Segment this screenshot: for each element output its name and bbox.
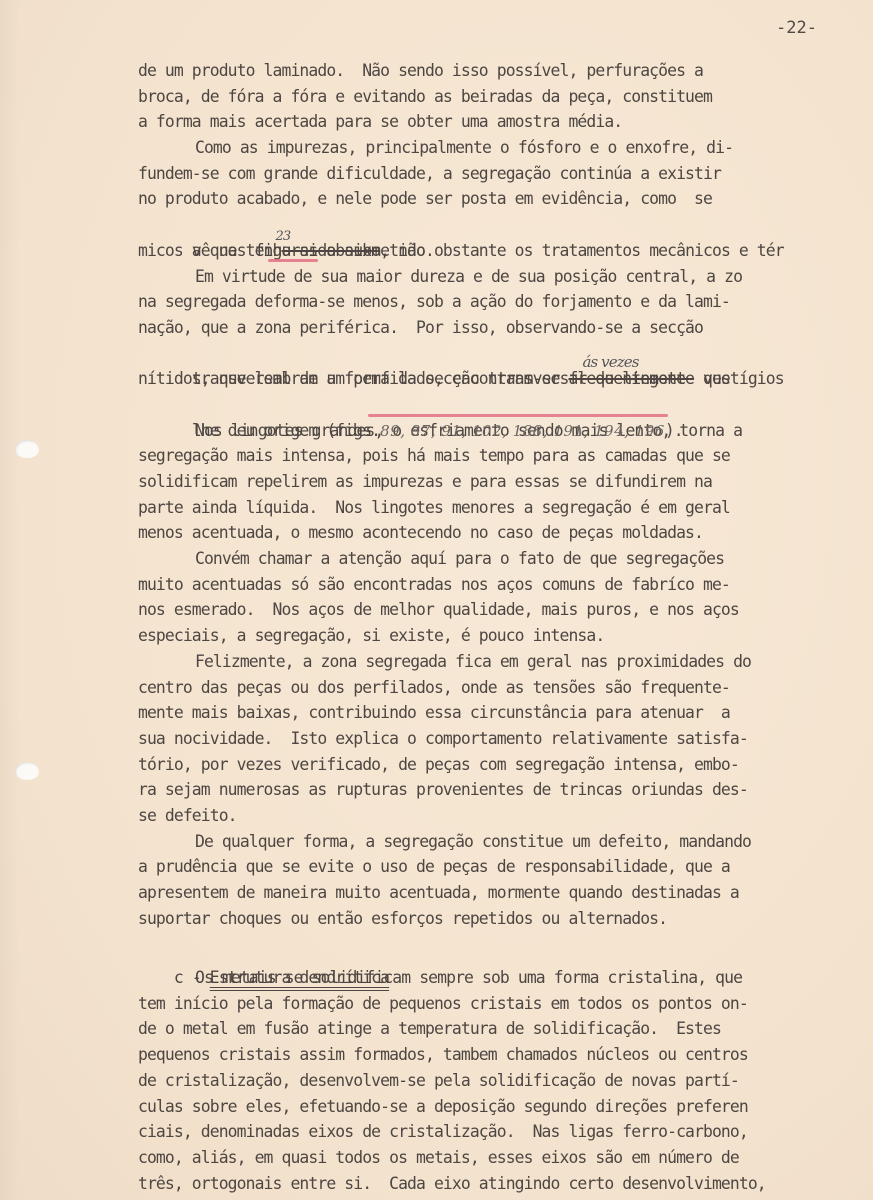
text-line: parte ainda líquida. Nos lingotes menore… xyxy=(138,495,838,521)
text-line: no produto acabado, e nele pode ser post… xyxy=(138,186,838,212)
text-line: a prudência que se evite o uso de peças … xyxy=(138,854,838,880)
text-line: de um produto laminado. Não sendo isso p… xyxy=(138,58,838,84)
text-line: de cristalização, desenvolvem-se pela so… xyxy=(138,1068,838,1094)
text-line: nação, que a zona periférica. Por isso, … xyxy=(138,315,838,341)
text-line: ciais, denominadas eixos de cristalizaçã… xyxy=(138,1119,838,1145)
text-line: de o metal em fusão atinge a temperatura… xyxy=(138,1016,838,1042)
text-line-with-annotation: lhe deu origem (figs.89, 87, 91, 102, 18… xyxy=(138,392,838,418)
text-segment: , não obstante os tratamentos mecânicos … xyxy=(380,241,784,260)
binder-hole-top xyxy=(15,440,39,458)
text-line: pequenos cristais assim formados, tambem… xyxy=(138,1042,838,1068)
text-line: Felizmente, a zona segregada fica em ger… xyxy=(138,649,838,675)
text-line: na segregada deforma-se menos, sob a açã… xyxy=(138,289,838,315)
handwritten-figure-list: 89, 87, 91, 102, 188, 191, 194, 196 xyxy=(380,422,665,440)
text-line: Como as impurezas, principalmente o fósf… xyxy=(138,135,838,161)
text-line: como, aliás, em quasi todos os metais, e… xyxy=(138,1145,838,1171)
document-body: de um produto laminado. Não sendo isso p… xyxy=(138,58,838,1196)
red-pencil-underline xyxy=(368,414,668,417)
text-line: tem início pela formação de pequenos cri… xyxy=(138,991,838,1017)
text-line: muito acentuadas só são encontradas nos … xyxy=(138,572,838,598)
text-line: broca, de fóra a fóra e evitando as beir… xyxy=(138,84,838,110)
text-line: segregação mais intensa, pois há mais te… xyxy=(138,443,838,469)
text-line: apresentem de maneira muito acentuada, m… xyxy=(138,880,838,906)
paragraph: de um produto laminado. Não sendo isso p… xyxy=(138,58,838,135)
text-line: mente mais baixas, contribuindo essa cir… xyxy=(138,700,838,726)
struck-text: uras abaixo xyxy=(282,241,381,260)
binder-hole-bottom xyxy=(15,762,39,780)
text-segment: ). xyxy=(665,421,683,440)
text-line: especiais, a segregação, si existe, é po… xyxy=(138,623,838,649)
handwritten-insert: 23 xyxy=(276,224,291,250)
text-line: três, ortogonais entre si. Cada eixo ati… xyxy=(138,1171,838,1197)
text-line-with-edit: transversal de um perfilado, encontram-s… xyxy=(138,341,838,367)
paragraph: Convém chamar a atenção aquí para o fato… xyxy=(138,546,838,649)
text-line-with-edit: vê nas fig23uras abaixo, não obstante os… xyxy=(138,212,838,238)
text-line: a forma mais acertada para se obter uma … xyxy=(138,109,838,135)
text-line: sua nocividade. Isto explica o comportam… xyxy=(138,726,838,752)
text-line: centro das peças ou dos perfilados, onde… xyxy=(138,675,838,701)
text-line: ra sejam numerosas as rupturas provenien… xyxy=(138,777,838,803)
text-line: tório, por vezes verificado, de peças co… xyxy=(138,752,838,778)
text-line: nos esmerado. Nos aços de melhor qualida… xyxy=(138,597,838,623)
page-number: -22- xyxy=(776,18,817,38)
text-line: culas sobre eles, efetuando-se a deposiç… xyxy=(138,1094,838,1120)
text-line: solidificam repelirem as impurezas e par… xyxy=(138,469,838,495)
text-segment: vê nas fig xyxy=(192,241,282,260)
text-line: Os metais se solidificam sempre sob uma … xyxy=(138,965,838,991)
text-line: suportar choques ou então esforços repet… xyxy=(138,906,838,932)
text-line: De qualquer forma, a segregação constitu… xyxy=(138,829,838,855)
paragraph: Felizmente, a zona segregada fica em ger… xyxy=(138,649,838,829)
text-line: fundem-se com grande dificuldade, a segr… xyxy=(138,161,838,187)
text-line: Em virtude de sua maior dureza e de sua … xyxy=(138,264,838,290)
spacer xyxy=(138,931,838,939)
text-line: se defeito. xyxy=(138,803,838,829)
red-pencil-mark xyxy=(268,259,318,262)
paragraph: Em virtude de sua maior dureza e de sua … xyxy=(138,264,838,418)
section-heading: c - Estrutura dendrítica xyxy=(138,939,838,965)
paragraph: De qualquer forma, a segregação constitu… xyxy=(138,829,838,932)
paragraph: Os metais se solidificam sempre sob uma … xyxy=(138,965,838,1196)
handwritten-insert: ás vezes xyxy=(582,350,638,376)
text-line: Convém chamar a atenção aquí para o fato… xyxy=(138,546,838,572)
text-segment: lhe deu origem (figs. xyxy=(192,421,380,440)
text-line: menos acentuada, o mesmo acontecendo no … xyxy=(138,520,838,546)
paragraph: Como as impurezas, principalmente o fósf… xyxy=(138,135,838,263)
